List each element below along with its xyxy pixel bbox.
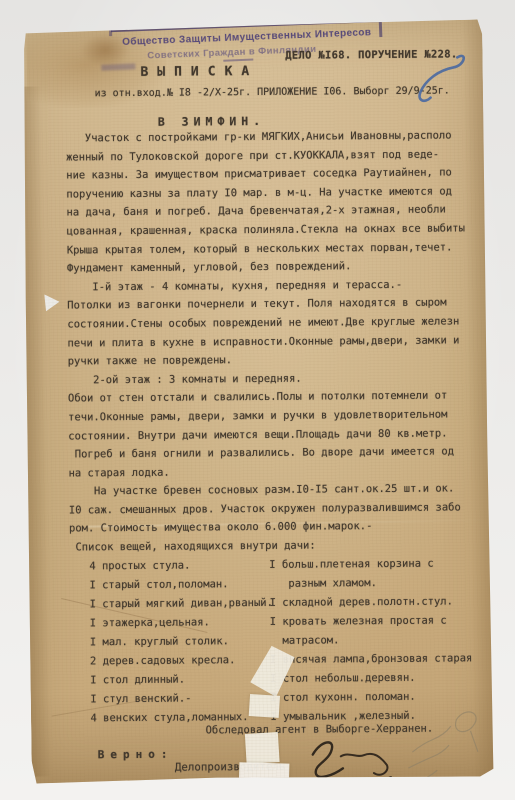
repair-tape xyxy=(249,694,280,718)
body-text: Участок с постройками гр-ки МЯГКИХ,Анись… xyxy=(66,129,468,560)
clerk-signature xyxy=(301,734,401,784)
page-content: Общество Защиты Имущественных Интересов … xyxy=(23,21,491,782)
pencil-note xyxy=(400,679,487,783)
certified-label: Верно: xyxy=(98,748,174,762)
stamp-underline xyxy=(223,58,253,61)
blue-pen-mark xyxy=(395,49,486,130)
addressee-line: В ЗИМФИН. xyxy=(158,114,265,129)
document-title: ВЫПИСКА xyxy=(140,64,258,80)
inventory-column-left: 4 простых стула.I старый стол,поломан.I … xyxy=(89,559,274,731)
repair-tape xyxy=(245,732,280,764)
document-page: Общество Защиты Имущественных Интересов … xyxy=(20,19,494,783)
stamp-smudge xyxy=(101,63,135,70)
